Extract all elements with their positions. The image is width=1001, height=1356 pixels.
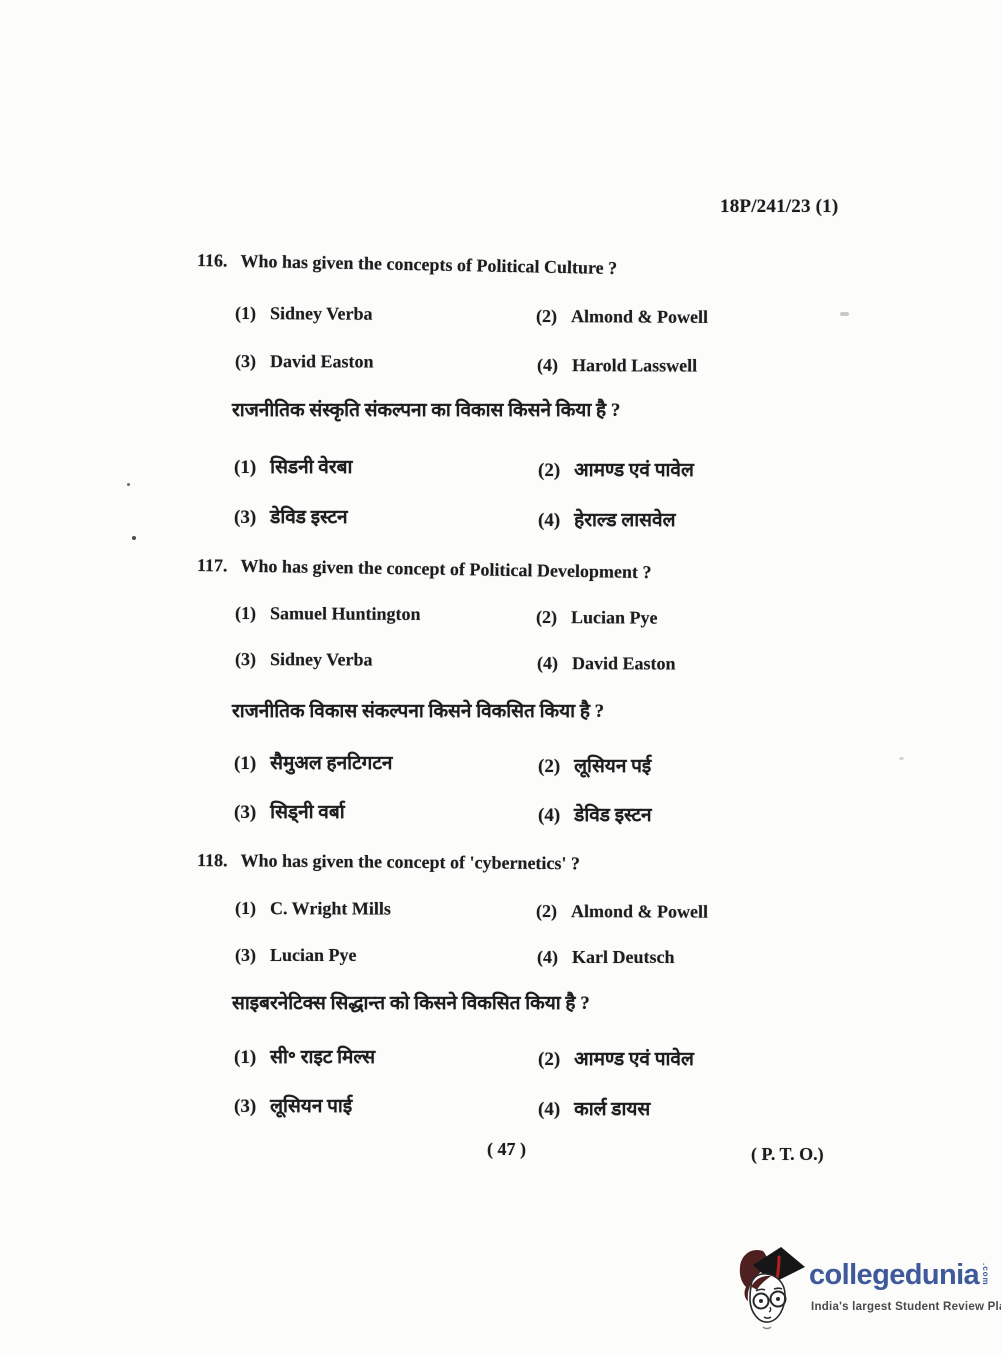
option-label: Sidney Verba: [270, 649, 373, 669]
option-number: (3): [234, 507, 256, 529]
option-label: सिडनी वेरबा: [270, 457, 352, 478]
page-number: ( 47 ): [487, 1139, 526, 1160]
q117-option-hi-1: (1)सैमुअल हनटिगटन: [234, 749, 392, 775]
q117-option-hi-2: (2)लूसियन पई: [538, 752, 651, 778]
option-label: लूसियन पई: [574, 756, 651, 777]
option-number: (3): [234, 1096, 256, 1118]
pto-label: ( P. T. O.): [751, 1144, 824, 1165]
option-number: (2): [538, 756, 560, 778]
option-label: सैमुअल हनटिगटन: [270, 753, 392, 774]
q116-option-hi-4: (4)हेराल्ड लासवेल: [538, 506, 675, 532]
q116-option-en-2: (2)Almond & Powell: [536, 306, 708, 328]
option-number: (1): [235, 303, 256, 324]
option-label: Harold Lasswell: [572, 355, 697, 375]
option-label: Karl Deutsch: [572, 947, 675, 967]
question-text: Who has given the concept of Political D…: [240, 556, 651, 582]
option-number: (2): [536, 607, 557, 628]
option-number: (4): [538, 510, 560, 532]
scanned-exam-page: 18P/241/23 (1) 116.Who has given the con…: [0, 0, 1001, 1356]
collegedunia-logo: collegedunia.com India's largest Student…: [733, 1243, 995, 1338]
q118-option-en-1: (1)C. Wright Mills: [235, 898, 391, 920]
option-number: (3): [234, 802, 256, 824]
q117-option-en-3: (3)Sidney Verba: [235, 649, 373, 670]
q118-option-en-4: (4)Karl Deutsch: [537, 947, 675, 968]
option-label: कार्ल डायस: [574, 1099, 650, 1120]
option-number: (1): [235, 898, 256, 919]
option-number: (2): [536, 901, 557, 922]
q117-option-en-1: (1)Samuel Huntington: [235, 603, 421, 625]
q118-option-hi-3: (3)लूसियन पाई: [234, 1092, 352, 1118]
q117-option-hi-3: (3)सिड्नी वर्बा: [234, 798, 345, 824]
q116-option-hi-1: (1)सिडनी वेरबा: [234, 453, 352, 479]
q116-option-en-3: (3)David Easton: [235, 351, 374, 372]
option-label: David Easton: [270, 351, 374, 371]
q118-option-hi-1: (1)सी॰ राइट मिल्स: [234, 1043, 375, 1069]
option-number: (2): [538, 1049, 560, 1071]
scan-speckle: [132, 536, 136, 540]
scan-speckle: [899, 757, 904, 760]
question-number: 117.: [197, 555, 228, 576]
question-number: 118.: [197, 850, 228, 871]
option-number: (3): [235, 945, 256, 966]
question-118-hi: साइबरनेटिक्स सिद्धान्त को किसने विकसित क…: [232, 989, 590, 1015]
option-label: लूसियन पाई: [270, 1096, 352, 1117]
q117-option-en-4: (4)David Easton: [537, 653, 676, 674]
q118-option-hi-2: (2)आमण्ड एवं पावेल: [538, 1045, 694, 1071]
option-label: David Easton: [572, 653, 676, 673]
question-117-en: 117.Who has given the concept of Politic…: [197, 555, 652, 583]
q116-option-hi-3: (3)डेविड इस्टन: [234, 503, 348, 529]
question-text: Who has given the concept of 'cybernetic…: [240, 850, 580, 873]
option-number: (3): [235, 351, 256, 372]
paper-code: 18P/241/23 (1): [720, 196, 838, 218]
q116-option-en-4: (4)Harold Lasswell: [537, 355, 697, 377]
option-label: आमण्ड एवं पावेल: [574, 460, 694, 481]
option-number: (1): [235, 603, 256, 624]
question-116-hi: राजनीतिक संस्कृति संकल्पना का विकास किसन…: [232, 396, 620, 422]
question-number: 116.: [197, 250, 228, 272]
scan-speckle: [127, 483, 130, 486]
q117-option-hi-4: (4)डेविड इस्टन: [538, 801, 652, 827]
option-label: सिड्नी वर्बा: [270, 802, 344, 823]
q117-option-en-2: (2)Lucian Pye: [536, 607, 658, 629]
option-label: Lucian Pye: [270, 945, 357, 965]
option-label: Lucian Pye: [571, 607, 658, 627]
logo-text: collegedunia: [809, 1259, 979, 1292]
option-label: C. Wright Mills: [270, 898, 391, 918]
option-label: Almond & Powell: [571, 901, 708, 921]
option-label: आमण्ड एवं पावेल: [574, 1049, 694, 1070]
option-number: (2): [536, 306, 557, 327]
option-number: (4): [538, 805, 560, 827]
option-label: हेराल्ड लासवेल: [574, 510, 675, 531]
option-number: (1): [234, 1047, 256, 1069]
option-number: (4): [537, 947, 558, 968]
scan-speckle: [840, 312, 849, 316]
option-label: डेविड इस्टन: [574, 805, 651, 826]
question-116-en: 116.Who has given the concepts of Politi…: [197, 250, 617, 279]
question-text: Who has given the concepts of Political …: [240, 251, 617, 278]
option-number: (2): [538, 460, 560, 482]
option-number: (1): [234, 753, 256, 775]
question-118-en: 118.Who has given the concept of 'cybern…: [197, 850, 580, 874]
q118-option-en-2: (2)Almond & Powell: [536, 901, 708, 923]
question-117-hi: राजनीतिक विकास संकल्पना किसने विकसित किय…: [232, 697, 604, 723]
q118-option-hi-4: (4)कार्ल डायस: [538, 1095, 650, 1121]
option-number: (1): [234, 457, 256, 479]
logo-tagline: India's largest Student Review Platform: [811, 1301, 1001, 1313]
collegedunia-mascot-icon: [733, 1243, 807, 1335]
option-label: सी॰ राइट मिल्स: [270, 1047, 375, 1068]
option-label: डेविड इस्टन: [270, 507, 347, 528]
option-label: Sidney Verba: [270, 303, 373, 324]
q116-option-en-1: (1)Sidney Verba: [235, 303, 373, 325]
option-number: (3): [235, 649, 256, 670]
option-number: (4): [537, 653, 558, 674]
q116-option-hi-2: (2)आमण्ड एवं पावेल: [538, 456, 694, 482]
q118-option-en-3: (3)Lucian Pye: [235, 945, 357, 966]
logo-tld: .com: [981, 1263, 990, 1286]
option-number: (4): [537, 355, 558, 376]
option-label: Samuel Huntington: [270, 603, 421, 624]
option-label: Almond & Powell: [571, 306, 708, 327]
option-number: (4): [538, 1099, 560, 1121]
